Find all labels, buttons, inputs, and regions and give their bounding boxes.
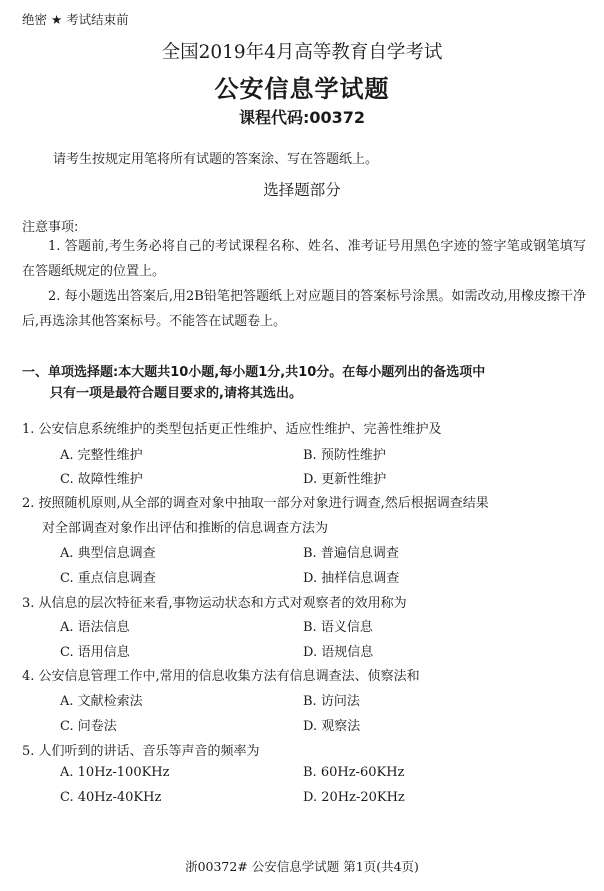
secret-mark: 绝密 ★ 考试结束前	[22, 10, 129, 28]
subject-title: 公安信息学试题	[0, 69, 604, 104]
option-a: A. 完整性维护	[60, 444, 143, 463]
option-c: C. 重点信息调查	[60, 567, 156, 586]
option-a: A. 文献检索法	[60, 690, 143, 709]
option-b: B. 访问法	[303, 690, 360, 709]
option-c: C. 问卷法	[60, 715, 117, 734]
note-item: 2. 每小题选出答案后,用2B铅笔把答题纸上对应题目的答案标号涂黑。如需改动,用…	[22, 284, 586, 334]
option-c: C. 语用信息	[60, 641, 130, 660]
question-stem: 2. 按照随机原则,从全部的调查对象中抽取一部分对象进行调查,然后根据调查结果	[22, 492, 489, 511]
question-stem: 3. 从信息的层次特征来看,事物运动状态和方式对观察者的效用称为	[22, 592, 407, 611]
option-a: A. 语法信息	[60, 616, 130, 635]
option-b: B. 普遍信息调查	[303, 542, 399, 561]
option-a: A. 10Hz-100KHz	[60, 765, 169, 780]
option-a: A. 典型信息调查	[60, 542, 156, 561]
note-item: 1. 答题前,考生务必将自己的考试课程名称、姓名、准考证号用黑色字迹的签字笔或钢…	[22, 234, 586, 284]
part-heading-line1: 一、单项选择题:本大题共10小题,每小题1分,共10分。在每小题列出的备选项中	[22, 365, 485, 380]
option-b: B. 语义信息	[303, 616, 373, 635]
question-stem: 5. 人们听到的讲话、音乐等声音的频率为	[22, 740, 260, 759]
page-footer: 浙00372# 公安信息学试题 第1页(共4页)	[0, 857, 604, 875]
option-b: B. 60Hz-60KHz	[303, 765, 404, 780]
section-heading: 选择题部分	[0, 178, 604, 200]
part-heading: 一、单项选择题:本大题共10小题,每小题1分,共10分。在每小题列出的备选项中 …	[22, 362, 485, 404]
option-c: C. 故障性维护	[60, 468, 143, 487]
option-d: D. 观察法	[303, 715, 360, 734]
exam-title: 全国2019年4月高等教育自学考试	[0, 38, 604, 64]
part-heading-line2: 只有一项是最符合题目要求的,请将其选出。	[22, 383, 485, 404]
question-stem: 4. 公安信息管理工作中,常用的信息收集方法有信息调查法、侦察法和	[22, 665, 420, 684]
notes-title: 注意事项:	[22, 216, 78, 235]
question-stem: 1. 公安信息系统维护的类型包括更正性维护、适应性维护、完善性维护及	[22, 418, 442, 437]
option-c: C. 40Hz-40KHz	[60, 790, 161, 805]
course-code: 课程代码:00372	[0, 105, 604, 128]
instruction-text: 请考生按规定用笔将所有试题的答案涂、写在答题纸上。	[53, 148, 378, 167]
option-d: D. 更新性维护	[303, 468, 386, 487]
option-d: D. 20Hz-20KHz	[303, 790, 405, 805]
question-stem-continued: 对全部调查对象作出评估和推断的信息调查方法为	[42, 517, 328, 536]
option-b: B. 预防性维护	[303, 444, 386, 463]
option-d: D. 语规信息	[303, 641, 373, 660]
option-d: D. 抽样信息调查	[303, 567, 399, 586]
